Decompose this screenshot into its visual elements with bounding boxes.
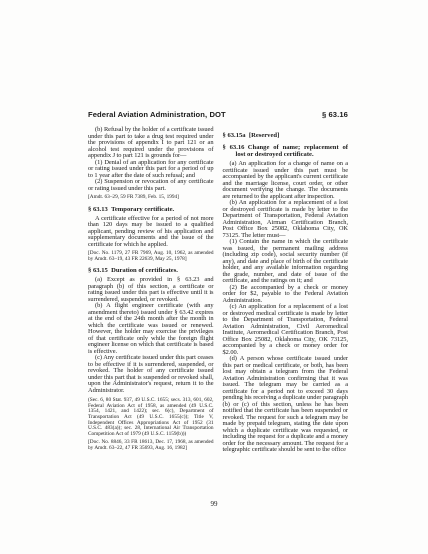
- authority-note: (Sec. 6, 80 Stat. 937, 49 U.S.C. 1655; s…: [88, 398, 214, 437]
- left-column: (b) Refusal by the holder of a certifica…: [88, 127, 214, 456]
- paragraph-b-refusal: (b) Refusal by the holder of a certifica…: [88, 127, 214, 160]
- cfr-page: Federal Aviation Administration, DOT § 6…: [0, 0, 428, 554]
- paragraph-temporary-cert: A certificate effective for a period of …: [88, 216, 214, 249]
- running-header: Federal Aviation Administration, DOT § 6…: [88, 110, 348, 119]
- page-number: 99: [0, 500, 428, 508]
- paragraph-b2-suspension: (2) Suspension or revocation of any cert…: [88, 179, 214, 192]
- doc-citation-63-13: [Doc. No. 1179, 27 FR 7969, Aug. 10, 196…: [88, 251, 214, 262]
- two-column-body: (b) Refusal by the holder of a certifica…: [88, 127, 348, 456]
- paragraph-c-ceases: (c) Any certificate issued under this pa…: [88, 355, 214, 394]
- paragraph-a-change-of-name: (a) An application for a change of name …: [223, 161, 349, 200]
- running-header-section-number: § 63.16: [322, 110, 348, 119]
- section-heading-63-15: § 63.15 Duration of certificates.: [88, 267, 214, 274]
- section-heading-63-16: § 63.16 Change of name; replacement of l…: [223, 144, 349, 158]
- paragraph-b1-contain-name: (1) Contain the name in which the certif…: [223, 239, 349, 285]
- paragraph-b-replacement-letter: (b) An application for a replacement of …: [223, 200, 349, 239]
- paragraph-b2-check-money-order: (2) Be accompanied by a check or money o…: [223, 285, 349, 305]
- section-heading-63-15a-reserved: § 63.15a [Reserved]: [223, 132, 349, 139]
- paragraph-b-flight-engineer: (b) A flight engineer certificate (with …: [88, 303, 214, 355]
- paragraph-d-telegram: (d) A person whose certificate issued un…: [223, 356, 349, 454]
- page-content: Federal Aviation Administration, DOT § 6…: [88, 110, 348, 456]
- paragraph-a-duration: (a) Except as provided in § 63.23 and pa…: [88, 277, 214, 303]
- running-header-title: Federal Aviation Administration, DOT: [88, 110, 226, 119]
- paragraph-b1-denial: (1) Denial of an application for any cer…: [88, 160, 214, 180]
- doc-citation-63-15: [Doc. No. 8846, 33 FR 18613, Dec. 17, 19…: [88, 440, 214, 451]
- paragraph-c-medical-certificate: (c) An application for a replacement of …: [223, 304, 349, 356]
- section-heading-63-13: § 63.13 Temporary certificate.: [88, 206, 214, 213]
- right-column: § 63.15a [Reserved] § 63.16 Change of na…: [223, 127, 349, 456]
- amendment-citation: [Amdt. 63–29, 59 FR 7389, Feb. 15, 1994]: [88, 195, 214, 201]
